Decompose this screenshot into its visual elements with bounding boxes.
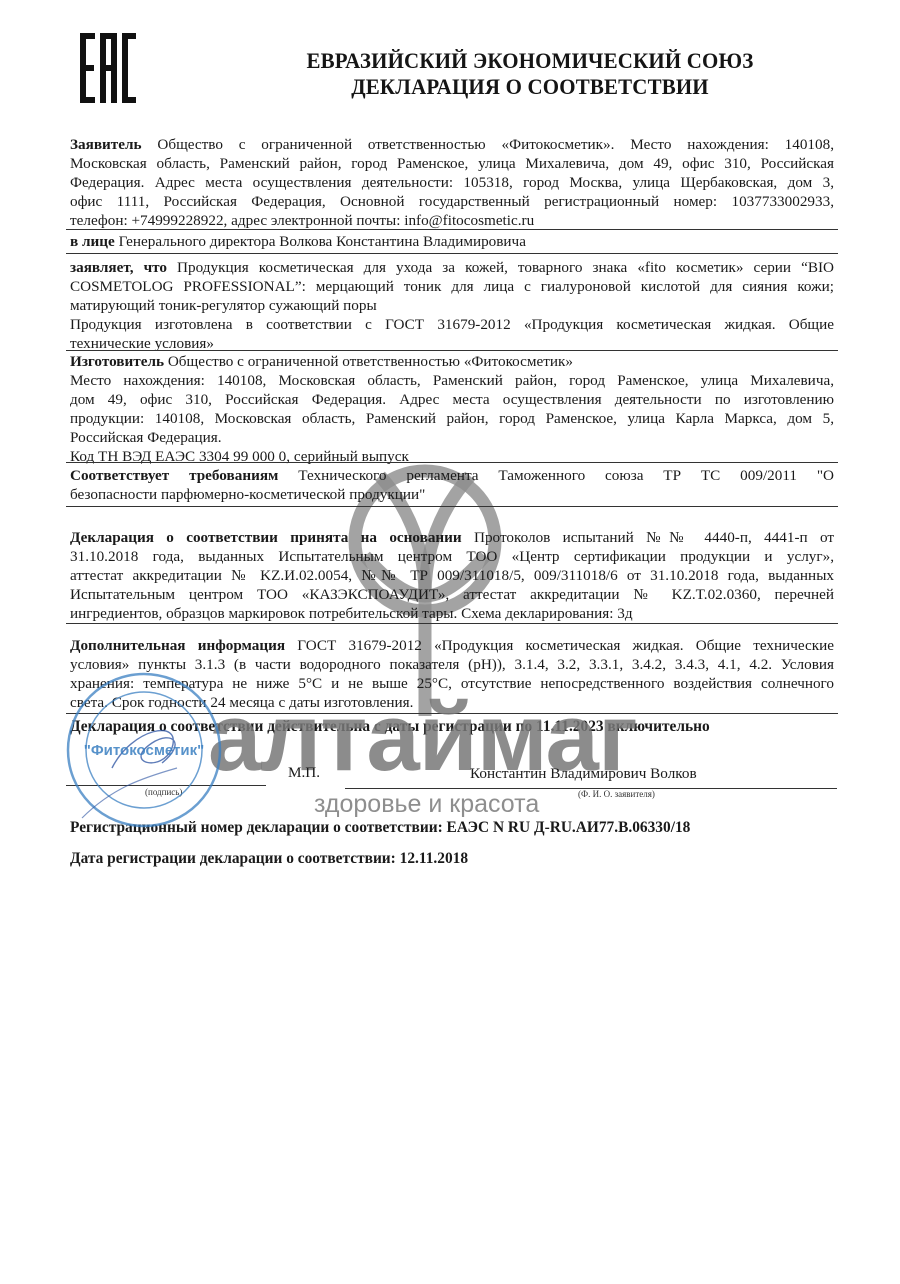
- represented-by-label: в лице: [70, 233, 115, 250]
- represented-by-section: в лице Генерального директора Волкова Ко…: [70, 232, 834, 251]
- manufacturer-section: Изготовитель Общество с ограниченной отв…: [70, 352, 834, 466]
- manufacturer-label: Изготовитель: [70, 353, 164, 370]
- svg-text:"Фитокосметик": "Фитокосметик": [84, 742, 205, 759]
- seal-label: М.П.: [288, 764, 320, 782]
- divider: [66, 623, 838, 624]
- divider: [66, 350, 838, 351]
- signer-caption: (Ф. И. О. заявителя): [578, 789, 655, 799]
- signer-name: Константин Владимирович Волков: [470, 765, 697, 783]
- applicant-section: Заявитель Общество с ограниченной ответс…: [70, 135, 834, 230]
- eac-logo: [80, 33, 136, 103]
- registration-date: Дата регистрации декларации о соответств…: [70, 849, 468, 868]
- declares-label: заявляет, что: [70, 259, 167, 276]
- applicant-label: Заявитель: [70, 136, 142, 153]
- declares-section: заявляет, что Продукция косметическая дл…: [70, 258, 834, 353]
- watermark-tagline: здоровье и красота: [314, 789, 539, 819]
- compliance-label: Соответствует требованиям: [70, 467, 278, 484]
- additional-info-label: Дополнительная информация: [70, 637, 285, 654]
- divider: [66, 229, 838, 230]
- basis-section: Декларация о соответствии принята на осн…: [70, 528, 834, 623]
- divider: [66, 253, 838, 254]
- union-title: ЕВРАЗИЙСКИЙ ЭКОНОМИЧЕСКИЙ СОЮЗ: [251, 48, 809, 74]
- divider: [66, 506, 838, 507]
- document-title: ДЕКЛАРАЦИЯ О СООТВЕТСТВИИ: [251, 74, 809, 100]
- basis-label: Декларация о соответствии принята на осн…: [70, 529, 462, 546]
- compliance-section: Соответствует требованиям Технического р…: [70, 466, 834, 504]
- divider: [66, 462, 838, 463]
- company-stamp-icon: "Фитокосметик": [62, 668, 227, 833]
